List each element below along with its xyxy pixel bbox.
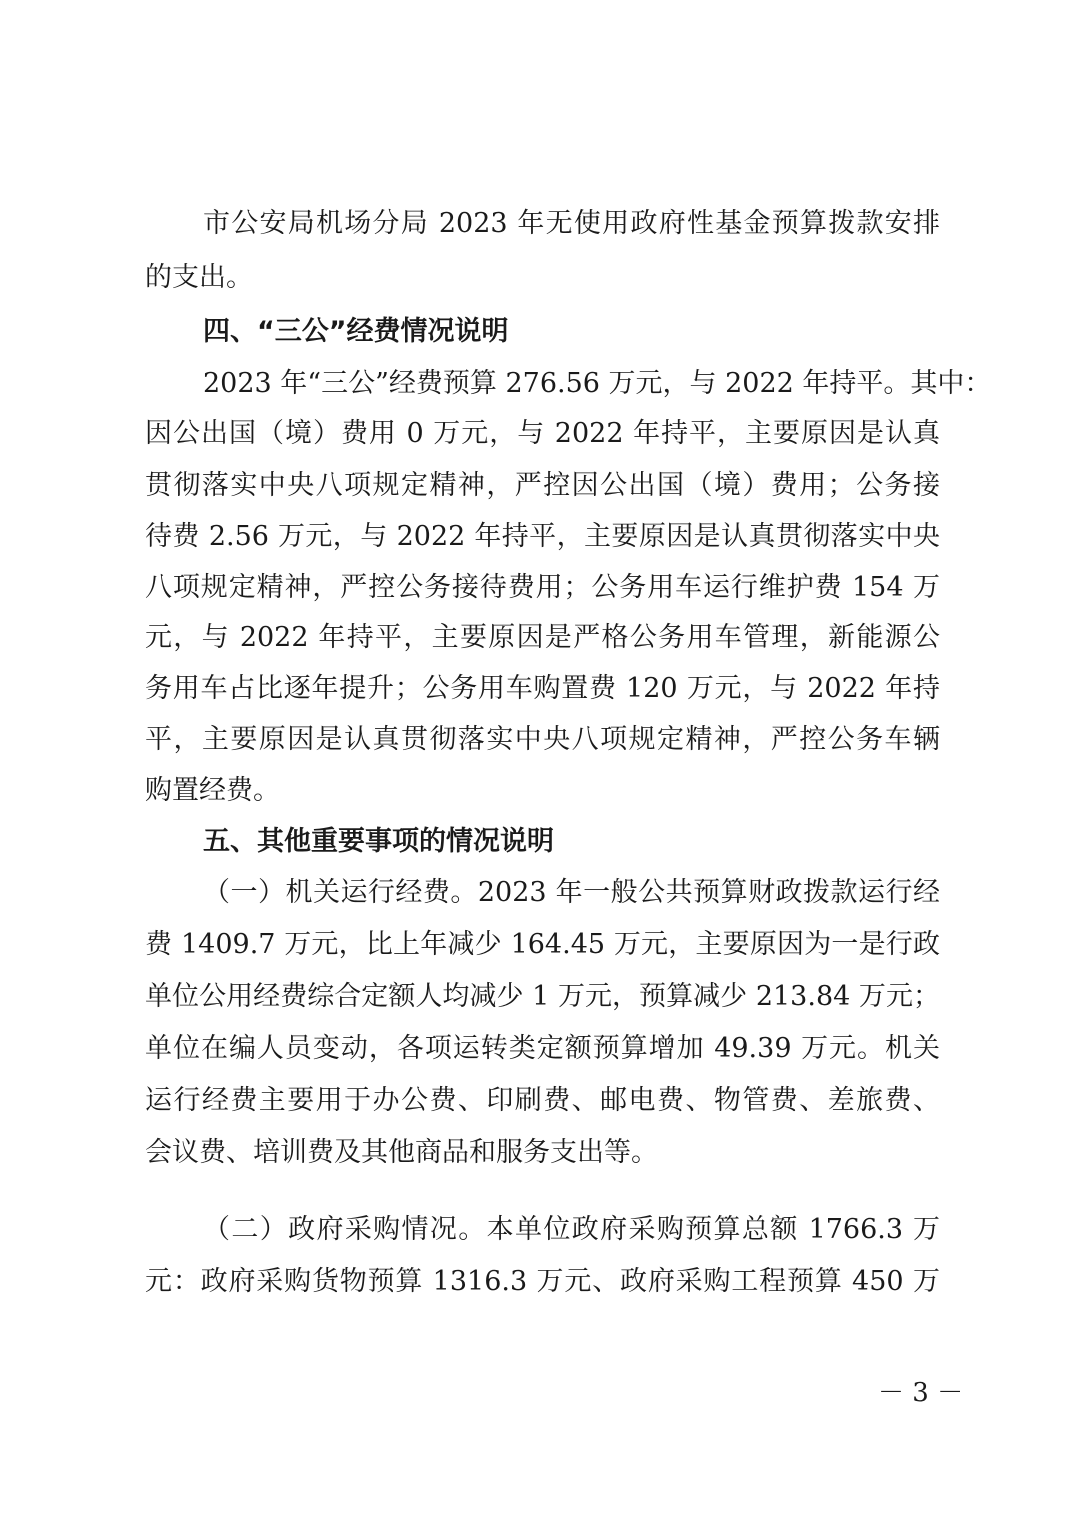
- paragraph-line: 元，与 2022 年持平，主要原因是严格公务用车管理，新能源公: [145, 618, 940, 658]
- paragraph-line: 贯彻落实中央八项规定精神，严控因公出国（境）费用；公务接: [145, 466, 940, 506]
- paragraph-line: 购置经费。: [145, 771, 940, 811]
- paragraph-line: 待费 2.56 万元，与 2022 年持平，主要原因是认真贯彻落实中央: [145, 517, 940, 557]
- paragraph-line: （一）机关运行经费。2023 年一般公共预算财政拨款运行经: [203, 873, 940, 913]
- paragraph-line: 务用车占比逐年提升；公务用车购置费 120 万元，与 2022 年持: [145, 669, 940, 709]
- paragraph-line: 市公安局机场分局 2023 年无使用政府性基金预算拨款安排: [203, 204, 940, 244]
- paragraph-line: 平，主要原因是认真贯彻落实中央八项规定精神，严控公务车辆: [145, 720, 940, 760]
- paragraph-line: 的支出。: [145, 258, 940, 298]
- paragraph-line: 费 1409.7 万元，比上年减少 164.45 万元，主要原因为一是行政: [145, 925, 940, 965]
- document-page: 市公安局机场分局 2023 年无使用政府性基金预算拨款安排 的支出。 四、“三公…: [0, 0, 1075, 1519]
- paragraph-line: 因公出国（境）费用 0 万元，与 2022 年持平，主要原因是认真: [145, 414, 940, 454]
- section-heading-three-public-expenses: 四、“三公”经费情况说明: [203, 312, 509, 352]
- paragraph-line: 八项规定精神，严控公务接待费用；公务用车运行维护费 154 万: [145, 568, 940, 608]
- paragraph-line: 会议费、培训费及其他商品和服务支出等。: [145, 1133, 940, 1173]
- paragraph-line: （二）政府采购情况。本单位政府采购预算总额 1766.3 万: [203, 1210, 940, 1250]
- paragraph-line: 运行经费主要用于办公费、印刷费、邮电费、物管费、差旅费、: [145, 1081, 940, 1121]
- paragraph-line: 单位在编人员变动，各项运转类定额预算增加 49.39 万元。机关: [145, 1029, 940, 1069]
- page-number: － 3 －: [878, 1378, 963, 1408]
- paragraph-line: 单位公用经费综合定额人均减少 1 万元，预算减少 213.84 万元；: [145, 977, 940, 1017]
- paragraph-line: 2023 年“三公”经费预算 276.56 万元，与 2022 年持平。其中：: [203, 364, 940, 404]
- section-heading-other-matters: 五、其他重要事项的情况说明: [203, 822, 554, 862]
- paragraph-line: 元：政府采购货物预算 1316.3 万元、政府采购工程预算 450 万: [145, 1262, 940, 1302]
